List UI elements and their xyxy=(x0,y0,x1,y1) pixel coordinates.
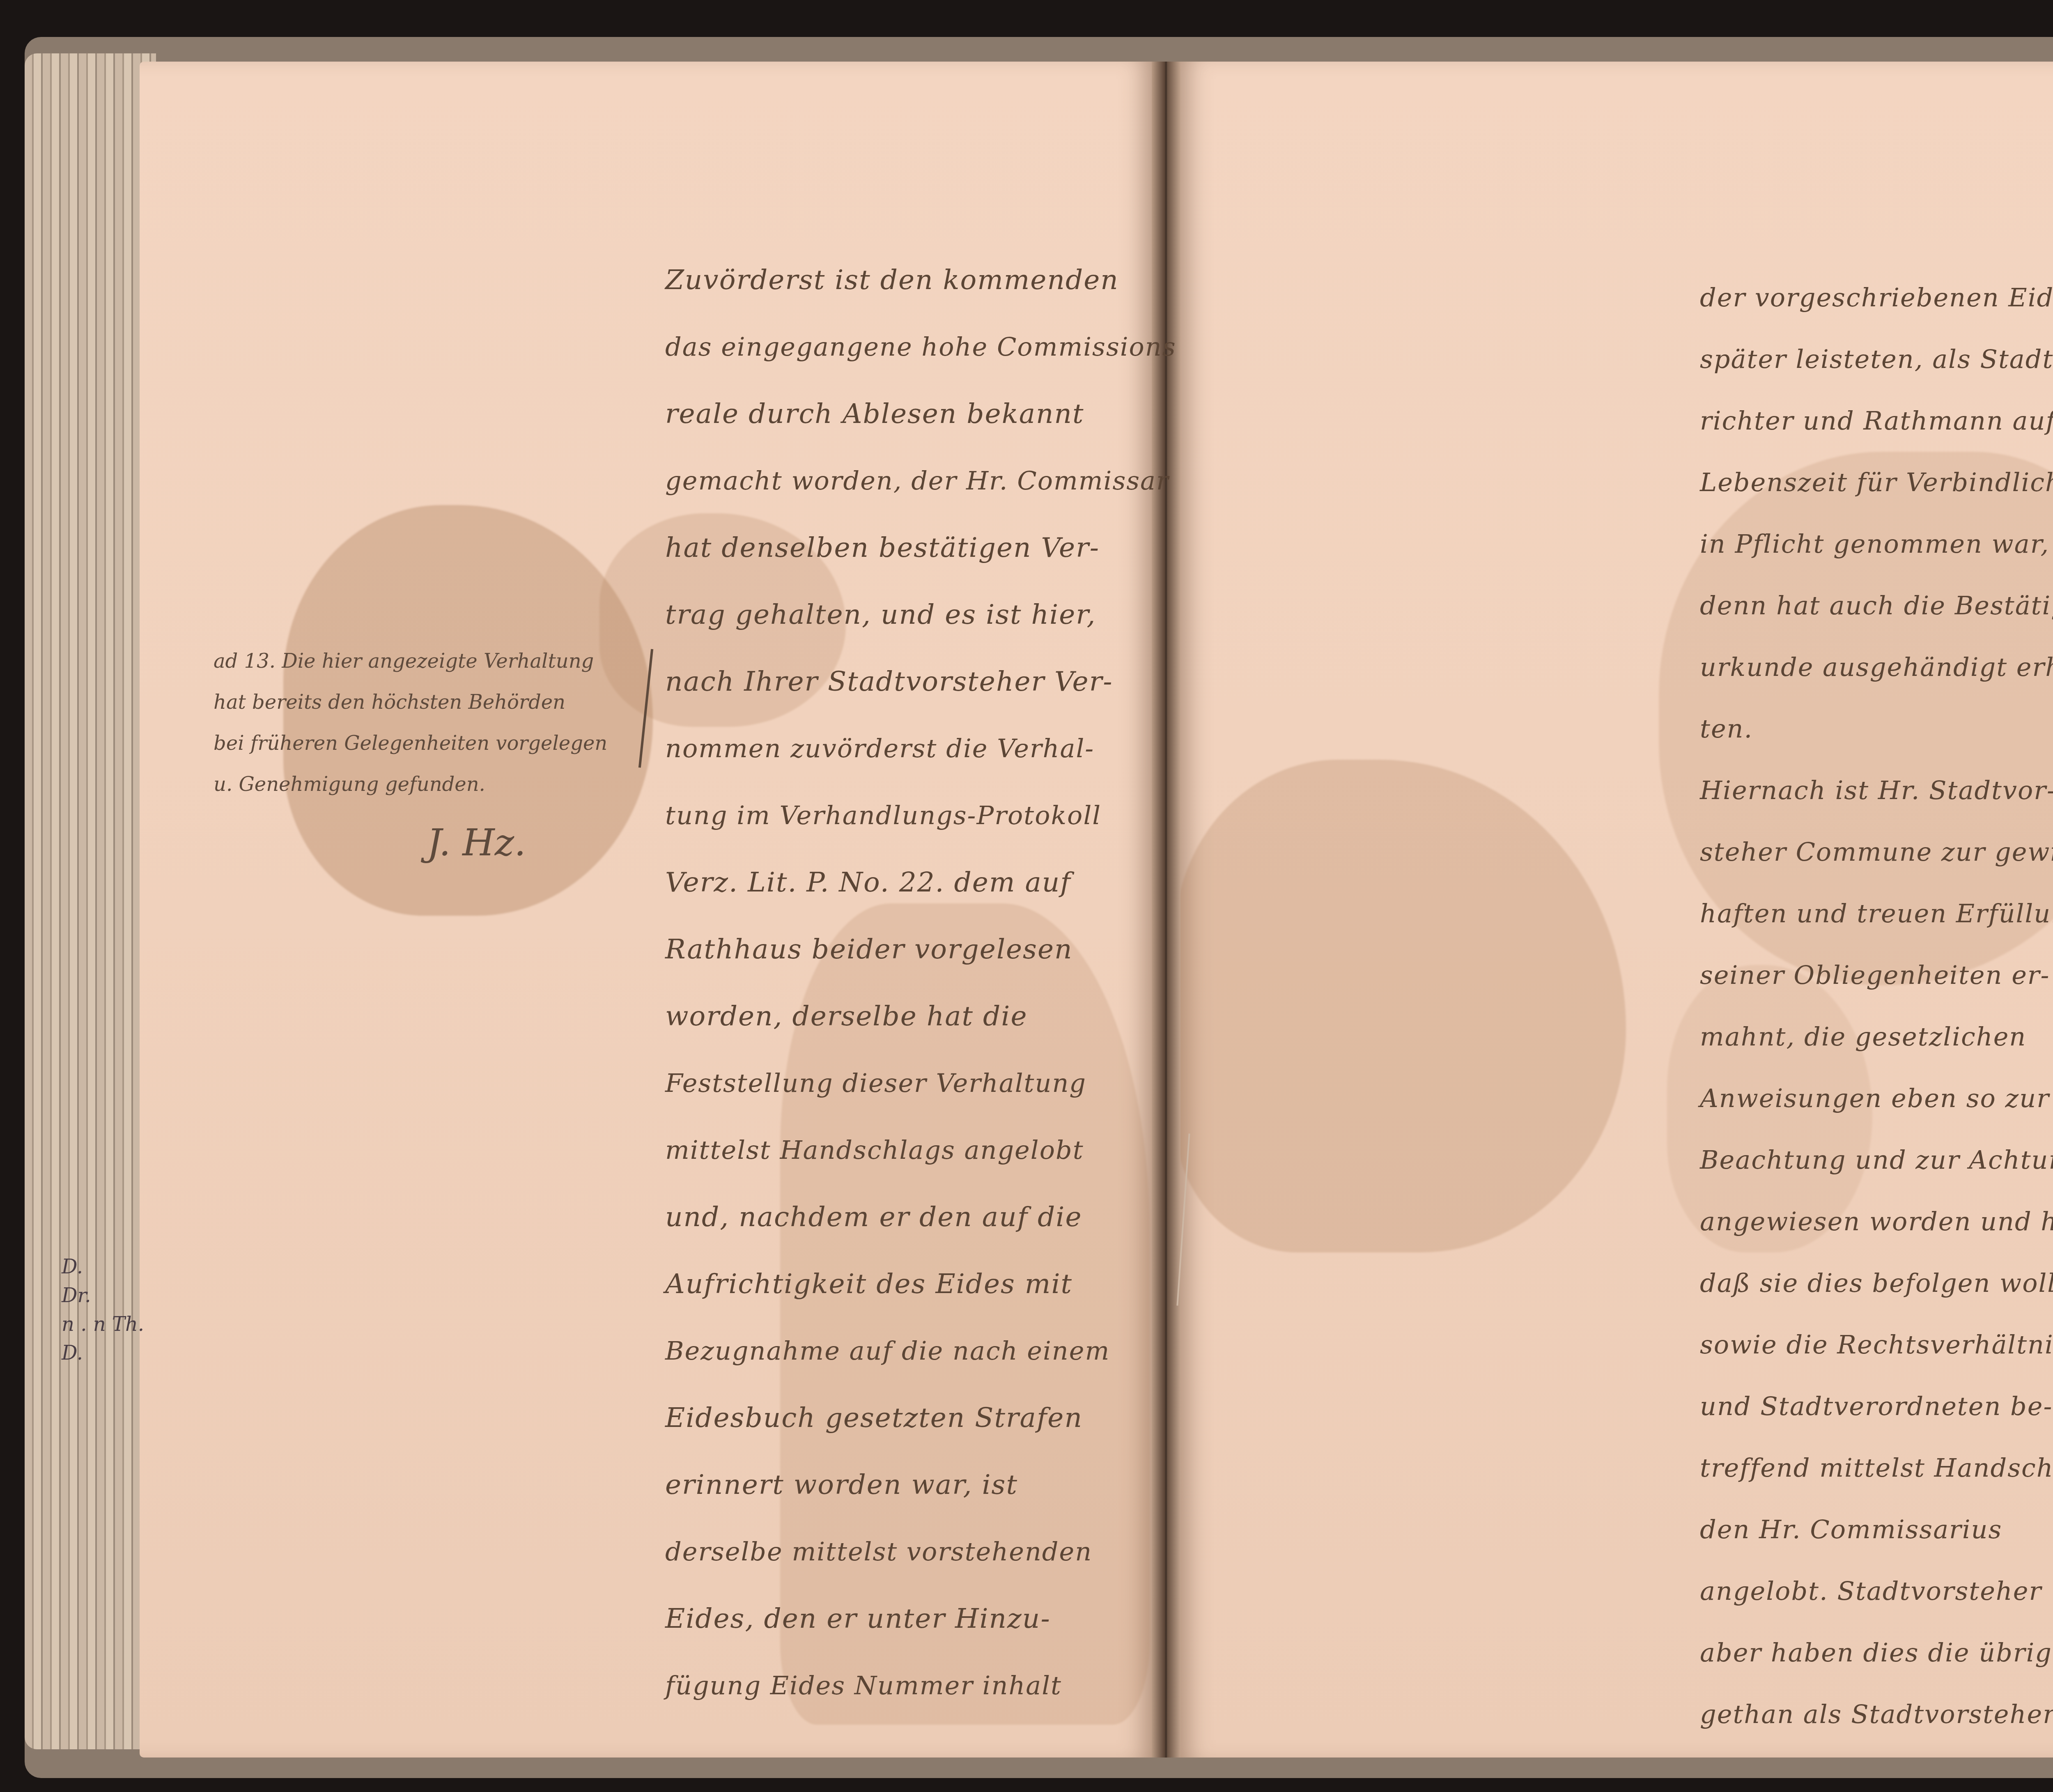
text-line: Hiernach ist Hr. Stadtvor- xyxy=(1700,760,2053,821)
text-line: mittelst Handschlags angelobt xyxy=(665,1117,1150,1183)
signature: J. Hz. xyxy=(427,821,526,864)
text-line: tung im Verhandlungs-Protokoll xyxy=(665,782,1150,849)
text-line: der vorgeschriebenen Eidesformel xyxy=(1700,267,2053,329)
text-line: Eidesbuch gesetzten Strafen xyxy=(665,1384,1150,1451)
text-line: nommen zuvörderst die Verhal- xyxy=(665,715,1150,782)
edge-mark: Dr. xyxy=(62,1281,144,1310)
text-line: und, nachdem er den auf die xyxy=(665,1183,1150,1250)
text-line: Anweisungen eben so zur xyxy=(1700,1068,2053,1129)
text-line: steher Commune zur gewissen- xyxy=(1700,821,2053,883)
text-line: Bezugnahme auf die nach einem xyxy=(665,1317,1150,1384)
text-line: Lebenszeit für Verbindlich xyxy=(1700,452,2053,513)
edge-mark: D. xyxy=(62,1252,144,1281)
edge-marks: D. Dr. n . n Th. D. xyxy=(62,1252,144,1367)
margin-note-line: bei früheren Gelegenheiten vorgelegen xyxy=(214,723,677,764)
text-line: in Pflicht genommen war, xyxy=(1700,513,2053,575)
text-line: Feststellung dieser Verhaltung xyxy=(665,1050,1150,1117)
text-line: später leisteten, als Stadt- xyxy=(1700,329,2053,390)
margin-note-line: ad 13. Die hier angezeigte Verhaltung xyxy=(214,641,677,682)
text-line: reale durch Ablesen bekannt xyxy=(665,380,1150,447)
text-line: fügung Eides Nummer inhalt xyxy=(665,1652,1150,1719)
edge-mark: n . n Th. xyxy=(62,1310,144,1339)
book-gutter xyxy=(1152,62,1180,1758)
page-edges-left xyxy=(25,53,156,1749)
text-line: den Hr. Commissarius xyxy=(1700,1499,2053,1560)
text-line: Beachtung und zur Achtung xyxy=(1700,1129,2053,1191)
text-line: hat denselben bestätigen Ver- xyxy=(665,514,1150,581)
text-line: gethan als Stadtvorsteher hat xyxy=(1700,1684,2053,1745)
text-line: Aufrichtigkeit des Eides mit xyxy=(665,1250,1150,1317)
edge-mark: D. xyxy=(62,1339,144,1367)
text-line: ten. xyxy=(1700,698,2053,760)
text-line: nach Ihrer Stadtvorsteher Ver- xyxy=(665,648,1150,715)
text-line: seiner Obliegenheiten er- xyxy=(1700,944,2053,1006)
text-line: und Stadtverordneten be- xyxy=(1700,1376,2053,1437)
text-line: angewiesen worden und haben xyxy=(1700,1191,2053,1252)
margin-note: ad 13. Die hier angezeigte Verhaltung ha… xyxy=(214,641,677,805)
text-line: Rathhaus beider vorgelesen xyxy=(665,916,1150,983)
text-line: richter und Rathmann auf xyxy=(1700,390,2053,452)
text-line: sowie die Rechtsverhältnisse xyxy=(1700,1314,2053,1376)
text-line: gemacht worden, der Hr. Commissar xyxy=(665,447,1150,514)
text-line: urkunde ausgehändigt erhal- xyxy=(1700,636,2053,698)
text-line: haften und treuen Erfüllung xyxy=(1700,883,2053,944)
text-line: mahnt, die gesetzlichen xyxy=(1700,1006,2053,1068)
text-line: trag gehalten, und es ist hier, xyxy=(665,581,1150,648)
text-line: denn hat auch die Bestätigungs- xyxy=(1700,575,2053,636)
right-main-text: der vorgeschriebenen Eidesformel später … xyxy=(1700,267,2053,1745)
margin-note-line: u. Genehmigung gefunden. xyxy=(214,764,677,805)
text-line: Zuvörderst ist den kommenden xyxy=(665,246,1150,313)
text-line: das eingegangene hohe Commissions xyxy=(665,313,1150,380)
text-line: derselbe mittelst vorstehenden xyxy=(665,1518,1150,1585)
text-line: daß sie dies befolgen wollen, xyxy=(1700,1252,2053,1314)
margin-note-line: hat bereits den höchsten Behörden xyxy=(214,682,677,723)
text-line: treffend mittelst Handschlags xyxy=(1700,1437,2053,1499)
text-line: aber haben dies die übrige xyxy=(1700,1622,2053,1684)
text-line: erinnert worden war, ist xyxy=(665,1451,1150,1518)
water-stain xyxy=(1174,760,1626,1252)
text-line: angelobt. Stadtvorsteher xyxy=(1700,1560,2053,1622)
text-line: Eides, den er unter Hinzu- xyxy=(665,1585,1150,1652)
left-main-text: Zuvörderst ist den kommenden das eingega… xyxy=(665,246,1150,1719)
text-line: worden, derselbe hat die xyxy=(665,983,1150,1050)
text-line: Verz. Lit. P. No. 22. dem auf xyxy=(665,849,1150,916)
